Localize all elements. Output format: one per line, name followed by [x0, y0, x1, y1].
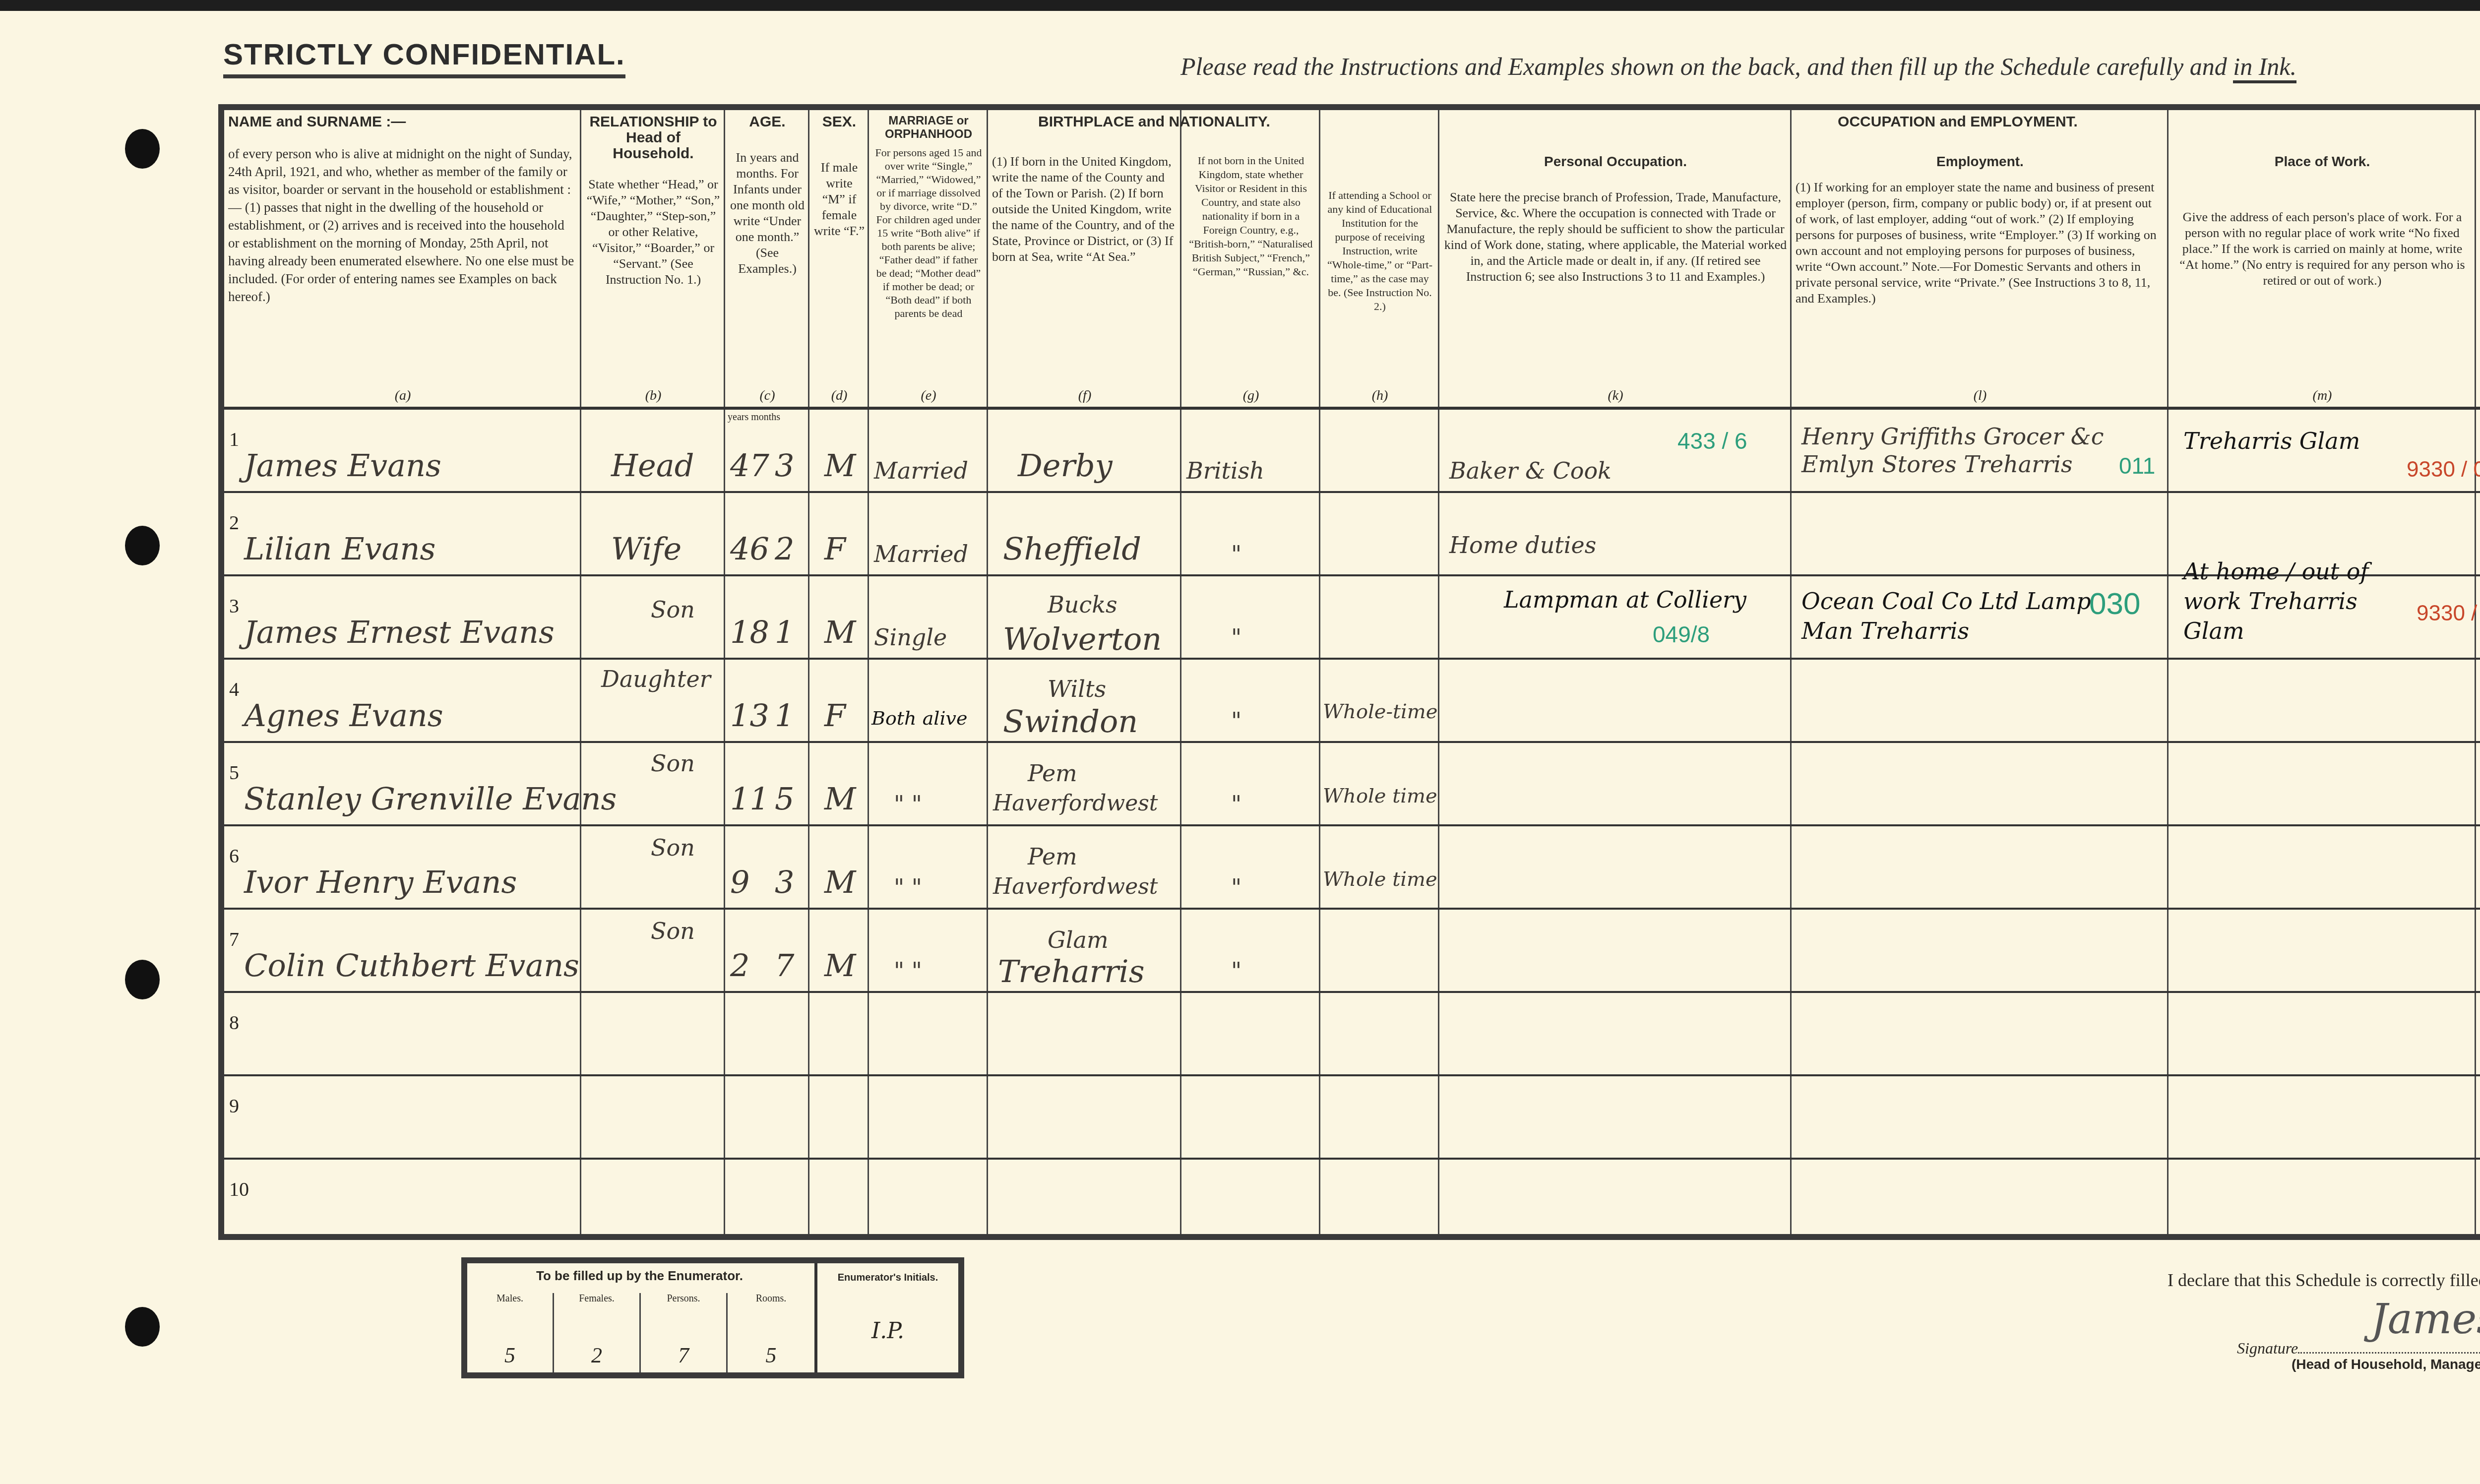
sex: M [824, 947, 856, 984]
birthplace-county: Glam [1048, 927, 1109, 953]
birthplace: Sheffield [1003, 531, 1141, 567]
in-ink-emphasis: in Ink. [2233, 53, 2296, 83]
sex: M [824, 447, 856, 484]
marriage-status: " " [894, 874, 922, 901]
age-months: 1 [775, 614, 794, 650]
relationship: Head [611, 447, 694, 484]
occupation: Lampman at Colliery [1504, 586, 1746, 613]
column-letter: (f) [988, 388, 1181, 404]
person-name: Ivor Henry Evans [244, 864, 517, 900]
education-status: Whole-time [1323, 700, 1437, 723]
females-count: Females.2 [554, 1293, 641, 1372]
marriage-status: Single [874, 624, 947, 651]
header-age: AGE. In years and months. For Infants un… [725, 110, 809, 408]
birthplace: Haverfordwest [993, 874, 1158, 899]
birthplace: Swindon [1003, 703, 1138, 740]
row-divider [224, 908, 2480, 910]
row-number: 4 [229, 678, 239, 701]
row-number: 6 [229, 844, 239, 867]
age-months: 2 [775, 531, 794, 567]
header-birthplace-group: BIRTHPLACE and NATIONALITY. [988, 110, 1320, 150]
age-years: 47 [730, 447, 769, 484]
row-divider [224, 1074, 2480, 1076]
row-divider [224, 1158, 2480, 1160]
nationality: British [1186, 457, 1264, 484]
relationship: Son [651, 750, 695, 777]
birthplace: Haverfordwest [993, 791, 1158, 816]
row-divider [224, 824, 2480, 826]
column-letter: (h) [1320, 388, 1439, 404]
scan-top-edge [0, 0, 2480, 11]
row-number: 9 [229, 1094, 239, 1117]
punch-hole [125, 960, 160, 999]
header-name: NAME and SURNAME :— of every person who … [224, 110, 581, 408]
person-name: James Ernest Evans [244, 614, 555, 650]
row-number: 1 [229, 428, 239, 451]
row-number: 8 [229, 1011, 239, 1034]
column-letter: (m) [2169, 388, 2476, 404]
header-marriage: MARRIAGE or ORPHANHOOD For persons aged … [869, 110, 988, 408]
nationality: " [1231, 957, 1241, 984]
person-name: Agnes Evans [244, 697, 443, 734]
signature-line: Signature [2237, 1339, 2480, 1358]
row-number: 3 [229, 594, 239, 618]
males-count: Males.5 [467, 1293, 554, 1372]
header-birthplace: (1) If born in the United Kingdom, write… [988, 150, 1181, 408]
age-months: 3 [775, 864, 794, 900]
header-sex: SEX. If male write “M” if female write “… [809, 110, 869, 408]
employer: Ocean Coal Co Ltd Lamp Man Treharris [1801, 586, 2119, 646]
person-name: James Evans [244, 447, 441, 484]
enumerator-summary-box: To be filled up by the Enumerator. Males… [461, 1257, 964, 1378]
column-letter: (a) [224, 388, 581, 404]
column-letter: (k) [1439, 388, 1792, 404]
header-personal-occupation: Personal Occupation. State here the prec… [1439, 150, 1792, 408]
occupation: Home duties [1449, 532, 1596, 558]
punch-hole [125, 1307, 160, 1347]
row-number: 2 [229, 511, 239, 534]
column-letter: (d) [809, 388, 869, 404]
age-years: 2 [730, 947, 749, 984]
punch-hole [125, 129, 160, 169]
rooms-count: Rooms.5 [728, 1293, 814, 1372]
header-married-info: Information required only in respect of … [2476, 110, 2480, 239]
row-divider [224, 491, 2480, 493]
occupation: Baker & Cook [1449, 457, 1612, 484]
marriage-status: Both alive [871, 707, 968, 729]
row-number: 7 [229, 927, 239, 951]
place-code: 9330 / 08 [2417, 601, 2480, 626]
nationality: " [1231, 541, 1241, 567]
marriage-status: Married [874, 457, 968, 484]
relationship: Son [651, 918, 695, 944]
punch-hole [125, 526, 160, 565]
enumerator-initials: Enumerator's Initials. I.P. [814, 1263, 958, 1372]
employment-code: 011 [2119, 452, 2155, 479]
person-name: Stanley Grenville Evans [244, 781, 617, 817]
column-letter: (l) [1792, 388, 2169, 404]
education-status: Whole time [1323, 785, 1437, 807]
sex: M [824, 864, 856, 900]
signature-caption: (Head of Household, Manager of Establish… [2292, 1357, 2480, 1372]
marriage-status: " " [894, 791, 922, 817]
person-name: Colin Cuthbert Evans [244, 947, 579, 984]
column-letter: (g) [1181, 388, 1320, 404]
birthplace-county: Bucks [1048, 591, 1117, 618]
header-relationship: RELATIONSHIP to Head of Household. State… [581, 110, 725, 408]
enumerator-box-heading: To be filled up by the Enumerator. [467, 1268, 812, 1284]
sex: M [824, 781, 856, 817]
relationship: Wife [611, 531, 682, 567]
employment-code: 030 [2089, 586, 2140, 621]
column-letter: (n) [2476, 388, 2480, 404]
header-place-of-work: Place of Work. Give the address of each … [2169, 150, 2476, 408]
row-number: 10 [229, 1177, 249, 1201]
age-years: 11 [730, 781, 769, 817]
header-employment: Employment. (1) If working for an employ… [1792, 150, 2169, 408]
nationality: " [1231, 707, 1241, 734]
age-months: 1 [775, 697, 794, 734]
header-children-total: Total number under sixteen years of age.… [2476, 244, 2480, 408]
header-bottom-rule [224, 407, 2480, 410]
column-letter: (c) [725, 388, 809, 404]
sex: F [824, 697, 846, 734]
place-of-work: Treharris Glam [2183, 428, 2360, 454]
age-months: 5 [775, 781, 794, 817]
row-number: 5 [229, 761, 239, 784]
persons-count: Persons.7 [641, 1293, 728, 1372]
nationality: " [1231, 624, 1241, 651]
relationship: Son [651, 596, 695, 623]
age-subheader: years months [728, 412, 780, 423]
age-years: 9 [730, 864, 749, 900]
person-name: Lilian Evans [244, 531, 435, 567]
birthplace-county: Wilts [1048, 676, 1106, 702]
row-divider [224, 741, 2480, 743]
nationality: " [1231, 874, 1241, 901]
header-occupation-group: OCCUPATION and EMPLOYMENT. [1439, 110, 2476, 145]
signature-value: James Evans [2371, 1295, 2480, 1343]
sex: M [824, 614, 856, 650]
relationship: Son [651, 834, 695, 861]
employer: Henry Griffiths Grocer &c Emlyn Stores T… [1801, 423, 2159, 478]
instruction-line: Please read the Instructions and Example… [1180, 52, 2296, 81]
declaration-text: I declare that this Schedule is correctl… [2168, 1270, 2480, 1291]
nationality: " [1231, 791, 1241, 817]
column-letter: (b) [581, 388, 725, 404]
occupation-code: 049/8 [1653, 621, 1710, 648]
header-nationality: If not born in the United Kingdom, state… [1181, 150, 1320, 408]
education-status: Whole time [1323, 868, 1437, 891]
occupation-code: 433 / 6 [1677, 428, 1747, 454]
birthplace: Derby [1018, 447, 1113, 484]
household-schedule-table: NAME and SURNAME :— of every person who … [218, 104, 2480, 1240]
row-divider [224, 991, 2480, 993]
relationship: Daughter [601, 666, 711, 692]
age-months: 7 [775, 947, 794, 984]
sex: F [824, 531, 846, 567]
birthplace: Treharris [998, 953, 1145, 989]
age-years: 18 [730, 614, 769, 650]
place-of-work: At home / out of work Treharris Glam [2183, 556, 2412, 646]
place-code: 9330 / 08 [2407, 457, 2480, 482]
row-divider [224, 574, 2480, 576]
age-years: 46 [730, 531, 769, 567]
birthplace-county: Pem [1028, 760, 1077, 787]
birthplace-county: Pem [1028, 843, 1077, 870]
marriage-status: Married [874, 541, 968, 567]
row-divider [224, 658, 2480, 660]
page-title: STRICTLY CONFIDENTIAL. [223, 37, 625, 78]
age-months: 3 [775, 447, 794, 484]
marriage-status: " " [894, 957, 922, 984]
birthplace: Wolverton [1003, 621, 1162, 657]
column-letter: (e) [869, 388, 988, 404]
age-years: 13 [730, 697, 769, 734]
header-education: If attending a School or any kind of Edu… [1320, 185, 1439, 408]
